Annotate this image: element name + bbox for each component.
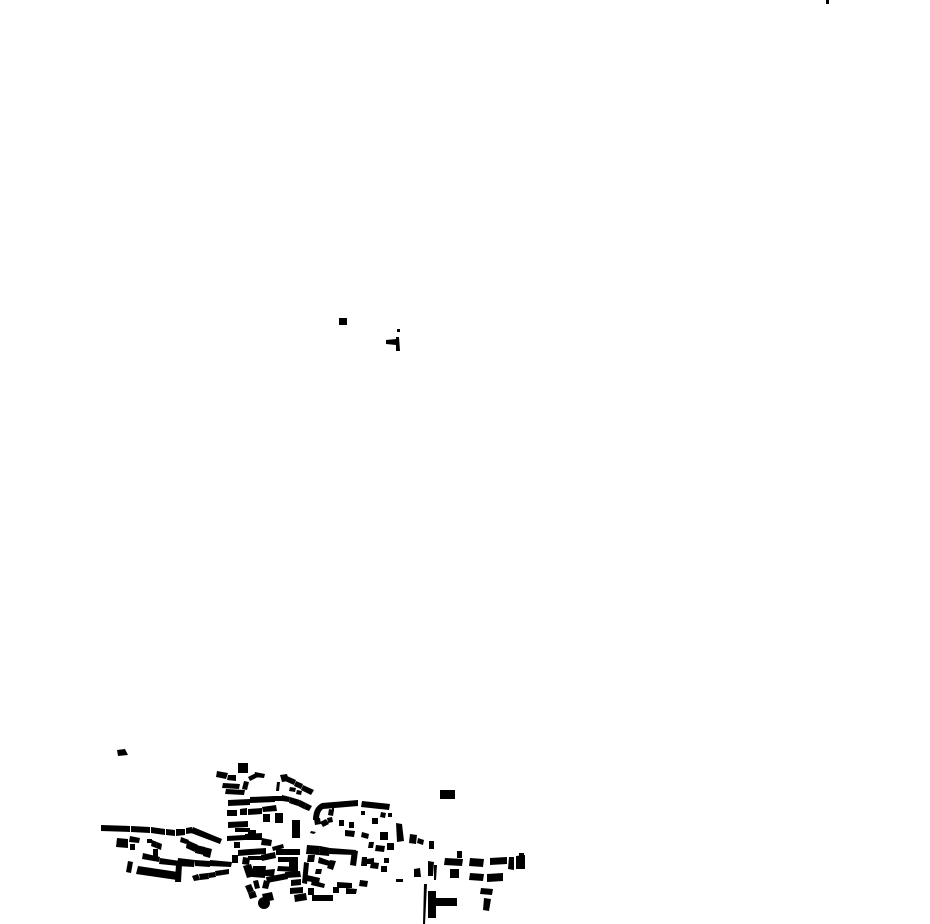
edge-marker xyxy=(826,0,829,4)
map-background xyxy=(0,0,930,924)
figure-ground-map xyxy=(0,0,930,924)
